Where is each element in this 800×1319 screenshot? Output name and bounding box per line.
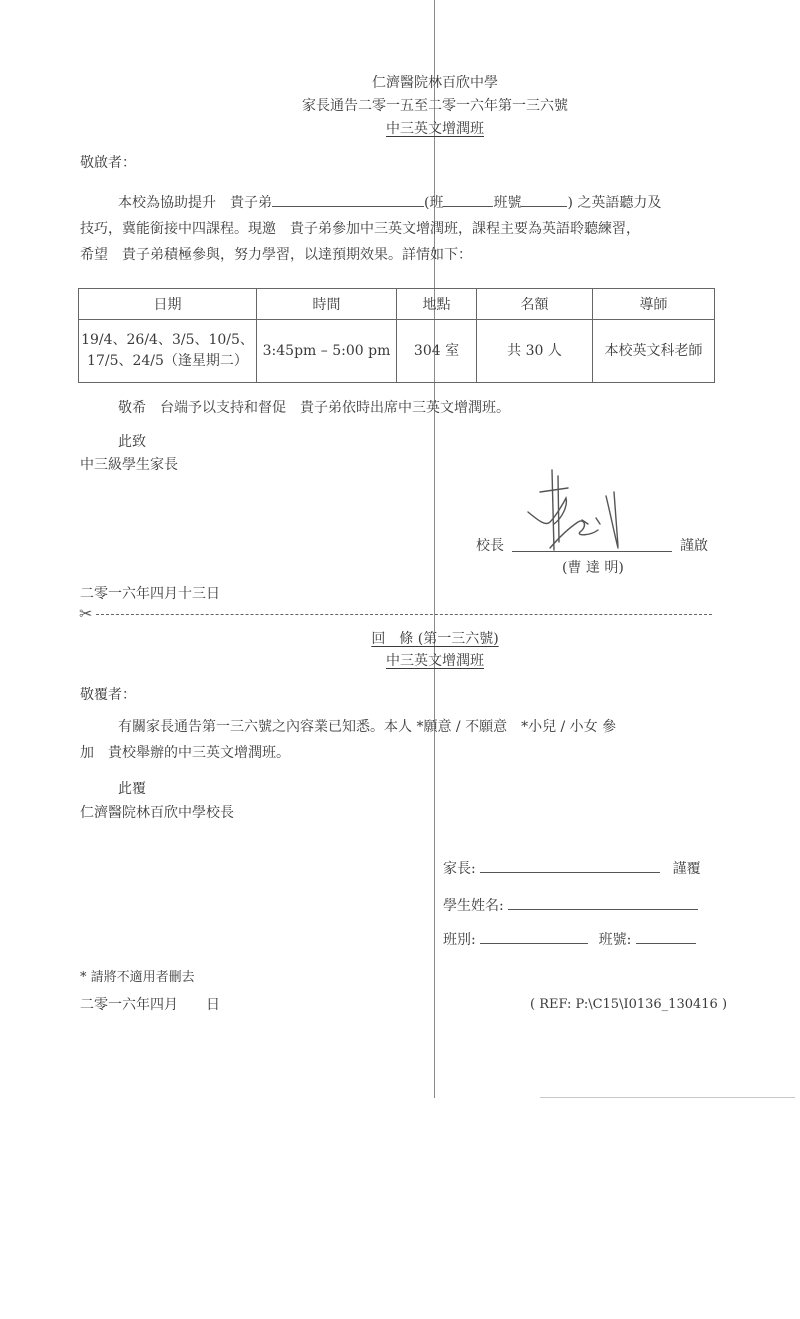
cell-quota: 共 30 人: [477, 320, 593, 383]
table-header-row: 日期 時間 地點 名額 導師: [79, 289, 715, 320]
para1-line2: 技巧，冀能銜接中四課程。現邀 貴子弟參加中三英文增潤班，課程主要為英語聆聽練習，: [80, 220, 640, 238]
reply-closing: 此覆: [118, 780, 146, 798]
table-row: 19/4、26/4、3/5、10/5、 17/5、24/5（逢星期二） 3:45…: [79, 320, 715, 383]
cell-time: 3:45pm – 5:00 pm: [257, 320, 397, 383]
header-tutor: 導師: [593, 289, 715, 320]
recipient: 中三級學生家長: [80, 456, 178, 474]
salutation: 敬啟者：: [80, 154, 136, 172]
para1-line1: 本校為協助提升 貴子弟(班班號) 之英語聽力及: [118, 194, 661, 212]
header-date: 日期: [79, 289, 257, 320]
parent-signature-field[interactable]: [480, 860, 660, 873]
para1-text-b: (班: [424, 195, 443, 211]
para1-text-a: 本校為協助提升 貴子弟: [118, 195, 272, 211]
date-line1: 19/4、26/4、3/5、10/5、: [79, 330, 256, 351]
footnote: * 請將不適用者刪去: [80, 970, 195, 986]
para1-text-c: 班號: [493, 195, 521, 211]
reply-title: 回 條 (第一三六號): [0, 630, 800, 648]
student-name-label: 學生姓名:: [443, 898, 504, 914]
reply-salutation: 敬覆者：: [80, 686, 136, 704]
notice-subject: 中三英文增潤班: [0, 120, 800, 138]
parent-label: 家長:: [443, 861, 476, 877]
class-blank[interactable]: [443, 194, 493, 207]
schedule-table: 日期 時間 地點 名額 導師 19/4、26/4、3/5、10/5、 17/5、…: [78, 288, 715, 383]
principal-signature-line: [512, 551, 672, 552]
para2: 敬希 台端予以支持和督促 貴子弟依時出席中三英文增潤班。: [118, 399, 510, 417]
reply-para-line2: 加 貴校舉辦的中三英文增潤班。: [80, 744, 290, 762]
reply-recipient: 仁濟醫院林百欣中學校長: [80, 804, 234, 822]
parent-suffix: 謹覆: [673, 861, 701, 877]
date-line2: 17/5、24/5（逢星期二）: [79, 351, 256, 372]
student-name-row: 學生姓名:: [443, 897, 698, 915]
cell-venue: 304 室: [397, 320, 477, 383]
reference-code: ( REF: P:\C15\I0136_130416 ): [530, 997, 727, 1013]
header-venue: 地點: [397, 289, 477, 320]
para1-line3: 希望 貴子弟積極參與，努力學習，以達預期效果。詳情如下：: [80, 246, 472, 264]
reply-subject: 中三英文增潤班: [0, 652, 800, 670]
parent-row: 家長: 謹覆: [443, 860, 701, 878]
class-field[interactable]: [480, 931, 588, 944]
principal-label: 校長: [476, 537, 504, 555]
fold-line: [434, 0, 435, 1098]
closing: 此致: [118, 433, 146, 451]
header-time: 時間: [257, 289, 397, 320]
class-label: 班別:: [443, 932, 476, 948]
reply-date: 二零一六年四月 日: [80, 996, 220, 1014]
cell-tutor: 本校英文科老師: [593, 320, 715, 383]
scissors-icon: ✂: [79, 604, 92, 623]
notice-date: 二零一六年四月十三日: [80, 585, 220, 603]
class-number-blank[interactable]: [521, 194, 567, 207]
student-name-field[interactable]: [508, 897, 698, 910]
notice-number: 家長通告二零一五至二零一六年第一三六號: [0, 97, 800, 115]
signature-icon: [510, 462, 630, 557]
header-quota: 名額: [477, 289, 593, 320]
class-row: 班別: 班號:: [443, 931, 696, 949]
page-edge-line: [540, 1097, 795, 1098]
cell-date: 19/4、26/4、3/5、10/5、 17/5、24/5（逢星期二）: [79, 320, 257, 383]
principal-name: (曹 達 明): [562, 559, 624, 577]
reply-para-line1: 有關家長通告第一三六號之內容業已知悉。本人 *願意 / 不願意 *小兒 / 小女…: [118, 718, 616, 736]
class-number-label: 班號:: [599, 932, 632, 948]
para1-text-d: ) 之英語聽力及: [567, 195, 661, 211]
cut-line: [96, 614, 712, 615]
class-number-field[interactable]: [636, 931, 696, 944]
school-name: 仁濟醫院林百欣中學: [0, 74, 800, 92]
student-name-blank[interactable]: [272, 194, 424, 207]
principal-suffix: 謹啟: [680, 537, 708, 555]
